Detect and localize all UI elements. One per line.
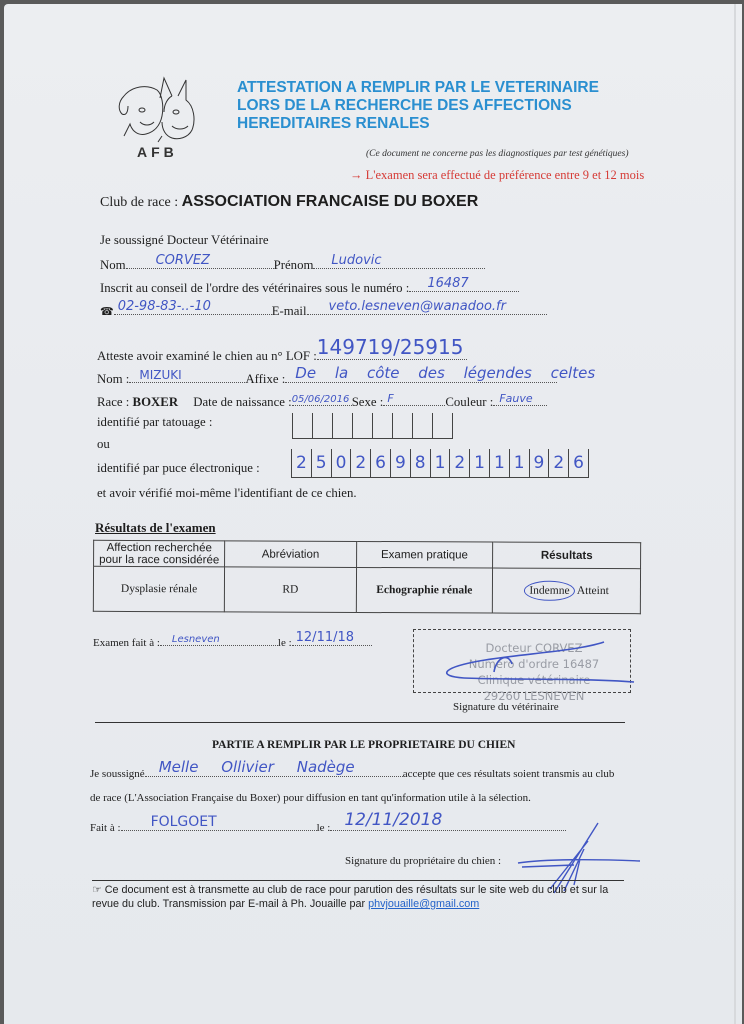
vet-email-label: E-mail xyxy=(272,304,307,318)
dog-name-line: Nom :MIZUKIAffixe :De la côte des légend… xyxy=(97,370,557,387)
vet-phone-field[interactable]: 02-98-83-..-10 xyxy=(114,302,272,315)
tatouage-cell[interactable] xyxy=(392,413,412,439)
logo-text: AFB xyxy=(137,144,178,160)
tatouage-cell[interactable] xyxy=(372,413,392,439)
tatouage-cell[interactable] xyxy=(312,413,332,439)
puce-label: identifié par puce électronique : xyxy=(97,461,260,476)
club-line: Club de race : ASSOCIATION FRANCAISE DU … xyxy=(100,193,478,211)
club-name: ASSOCIATION FRANCAISE DU BOXER xyxy=(182,193,479,210)
puce-digit-cell[interactable]: 8 xyxy=(410,449,430,477)
age-preference-note: → L'examen sera effectué de préférence e… xyxy=(350,168,644,183)
puce-digit-cell[interactable]: 2 xyxy=(350,449,370,477)
dog-race-value: BOXER xyxy=(133,395,179,409)
dog-race-label: Race : xyxy=(97,395,129,409)
tatouage-cell[interactable] xyxy=(352,413,372,439)
cell-examen: Echographie rénale xyxy=(356,567,493,613)
tatouage-label: identifié par tatouage : xyxy=(97,415,212,430)
vet-ordre-value: 16487 xyxy=(427,276,468,291)
owner-le-label: le : xyxy=(317,822,331,834)
vet-nom-value: CORVEZ xyxy=(156,253,210,268)
tatouage-cell[interactable] xyxy=(412,413,432,439)
footer-note: ☞ Ce document est à transmette au club d… xyxy=(92,883,632,911)
table-row: Dysplasie rénale RD Echographie rénale I… xyxy=(93,566,640,613)
puce-digit-cell[interactable]: 1 xyxy=(430,449,450,477)
vet-contact-line: ☎02-98-83-..-10E-mailveto.lesneven@wanad… xyxy=(100,302,547,319)
col-resultats: Résultats xyxy=(493,542,641,569)
vet-prenom-field[interactable]: Ludovic xyxy=(313,256,485,269)
vet-prenom-value: Ludovic xyxy=(331,253,381,268)
dog-sexe-label: Sexe : xyxy=(352,395,384,409)
lof-line: Atteste avoir examiné le chien au n° LOF… xyxy=(97,347,467,364)
exam-place-line: Examen fait à :Lesnevenle :12/11/18 xyxy=(93,633,372,649)
tatouage-cell[interactable] xyxy=(432,413,453,439)
owner-name-field[interactable]: Melle Ollivier Nadège xyxy=(145,764,403,777)
tatouage-cell[interactable] xyxy=(332,413,352,439)
results-heading: Résultats de l'examen xyxy=(95,520,216,536)
puce-digit-cell[interactable]: 2 xyxy=(449,449,469,477)
owner-fait-field[interactable]: FOLGOET xyxy=(121,818,317,831)
title-line: ATTESTATION A REMPLIR PAR LE VETERINAIRE xyxy=(237,79,599,97)
vet-name-line: NomCORVEZPrénomLudovic xyxy=(100,256,485,273)
exam-le-label: le : xyxy=(278,637,292,649)
vet-ordre-line: Inscrit au conseil de l'ordre des vétéri… xyxy=(100,279,519,296)
divider xyxy=(95,722,625,723)
vet-signature-label: Signature du vétérinaire xyxy=(453,701,559,713)
dog-affixe-label: Affixe : xyxy=(245,372,285,386)
puce-digit-cell[interactable]: 0 xyxy=(331,449,351,477)
col-affection: Affection recherchée pour la race consid… xyxy=(94,540,225,567)
tatouage-grid[interactable] xyxy=(292,413,453,439)
owner-name-value: Melle Ollivier Nadège xyxy=(159,758,355,776)
dog-couleur-label: Couleur : xyxy=(445,395,493,409)
result-option-indemne[interactable]: Indemne xyxy=(524,581,574,601)
dog-nom-field[interactable]: MIZUKI xyxy=(129,370,245,383)
owner-signature-label: Signature du propriétaire du chien : xyxy=(345,855,501,867)
results-header-row: Affection recherchée pour la race consid… xyxy=(94,540,641,568)
puce-digit-cell[interactable]: 1 xyxy=(489,449,509,477)
puce-grid[interactable]: 250269812111926 xyxy=(291,449,589,478)
puce-digit-cell[interactable]: 9 xyxy=(529,449,549,477)
puce-digit-cell[interactable]: 1 xyxy=(509,449,529,477)
club-label: Club de race : xyxy=(100,195,178,210)
dog-couleur-field[interactable]: Fauve xyxy=(493,393,547,406)
puce-digit-cell[interactable]: 6 xyxy=(568,449,589,477)
owner-accept-text: accepte que ces résultats soient transmi… xyxy=(403,768,615,780)
owner-name-line: Je soussignéMelle Ollivier Nadègeaccepte… xyxy=(90,764,614,780)
owner-place-line: Fait à :FOLGOETle :12/11/2018 xyxy=(90,818,566,834)
cell-resultats: Indemne Atteint xyxy=(493,568,641,614)
vet-nom-label: Nom xyxy=(100,258,126,272)
dog-couleur-value: Fauve xyxy=(499,392,532,405)
vet-ordre-label: Inscrit au conseil de l'ordre des vétéri… xyxy=(100,281,409,295)
dog-naissance-label: Date de naissance : xyxy=(193,395,291,409)
vet-prenom-label: Prénom xyxy=(274,258,314,272)
dog-nom-value: MIZUKI xyxy=(139,368,181,382)
vet-intro: Je soussigné Docteur Vétérinaire xyxy=(100,233,269,248)
col-examen: Examen pratique xyxy=(356,541,493,568)
owner-fait-value: FOLGOET xyxy=(151,814,217,830)
footer-email-link[interactable]: phvjouaille@gmail.com xyxy=(368,898,479,910)
puce-digit-cell[interactable]: 9 xyxy=(390,449,410,477)
dog-naissance-field[interactable]: 05/06/2016 xyxy=(292,393,352,406)
puce-digit-cell[interactable]: 1 xyxy=(469,449,489,477)
puce-digit-cell[interactable]: 2 xyxy=(548,449,568,477)
owner-le-value: 12/11/2018 xyxy=(344,810,442,830)
pointing-hand-icon: ☞ xyxy=(92,883,102,896)
dog-affixe-field[interactable]: De la côte des légendes celtes xyxy=(285,370,557,383)
dog-nom-label: Nom : xyxy=(97,372,129,386)
vet-ordre-field[interactable]: 16487 xyxy=(409,279,519,292)
vet-email-value: veto.lesneven@wanadoo.fr xyxy=(329,299,506,314)
puce-digit-cell[interactable]: 2 xyxy=(291,449,311,477)
result-option-atteint[interactable]: Atteint xyxy=(577,585,609,597)
lof-value: 149719/25915 xyxy=(317,335,464,359)
dog-race-line: Race : BOXER Date de naissance :05/06/20… xyxy=(97,393,547,410)
exam-le-value: 12/11/18 xyxy=(296,630,354,645)
owner-je-label: Je soussigné xyxy=(90,768,145,780)
cell-affection: Dysplasie rénale xyxy=(93,566,224,612)
dog-sexe-field[interactable]: F xyxy=(383,393,445,406)
dog-sexe-value: F xyxy=(387,392,393,405)
vet-phone-value: 02-98-83-..-10 xyxy=(118,299,211,314)
vet-signature-icon xyxy=(434,632,644,692)
owner-diffusion-text: de race (L'Association Française du Boxe… xyxy=(90,792,531,804)
dog-affixe-value: De la côte des légendes celtes xyxy=(295,364,595,382)
exam-fait-field[interactable]: Lesneven xyxy=(160,633,278,646)
dog-naissance-value: 05/06/2016 xyxy=(292,394,350,405)
title-line: LORS DE LA RECHERCHE DES AFFECTIONS xyxy=(237,97,599,115)
page-title: ATTESTATION A REMPLIR PAR LE VETERINAIRE… xyxy=(237,79,599,133)
phone-icon: ☎ xyxy=(100,305,114,318)
divider xyxy=(92,880,624,881)
exam-fait-label: Examen fait à : xyxy=(93,637,160,649)
ou-label: ou xyxy=(97,437,110,452)
owner-heading: PARTIE A REMPLIR PAR LE PROPRIETAIRE DU … xyxy=(212,739,515,751)
puce-digit-cell[interactable]: 6 xyxy=(370,449,390,477)
lof-field[interactable]: 149719/25915 xyxy=(317,347,467,360)
vet-email-field[interactable]: veto.lesneven@wanadoo.fr xyxy=(307,302,547,315)
owner-fait-label: Fait à : xyxy=(90,822,121,834)
results-table: Affection recherchée pour la race consid… xyxy=(93,540,641,614)
document-page: AFB ATTESTATION A REMPLIR PAR LE VETERIN… xyxy=(4,4,742,1024)
tatouage-cell[interactable] xyxy=(292,413,312,439)
footer-text: Ce document est à transmette au club de … xyxy=(92,884,608,910)
puce-digit-cell[interactable]: 5 xyxy=(311,449,331,477)
vet-nom-field[interactable]: CORVEZ xyxy=(126,256,274,269)
disclaimer-note: (Ce document ne concerne pas les diagnos… xyxy=(366,149,629,159)
cell-abreviation: RD xyxy=(225,567,356,613)
exam-le-field[interactable]: 12/11/18 xyxy=(292,633,372,646)
title-line: HEREDITAIRES RENALES xyxy=(237,115,599,133)
col-abreviation: Abréviation xyxy=(225,541,356,568)
exam-fait-value: Lesneven xyxy=(172,634,220,645)
lof-label: Atteste avoir examiné le chien au n° LOF… xyxy=(97,349,317,363)
verification-text: et avoir vérifié moi-même l'identifiant … xyxy=(97,486,357,501)
